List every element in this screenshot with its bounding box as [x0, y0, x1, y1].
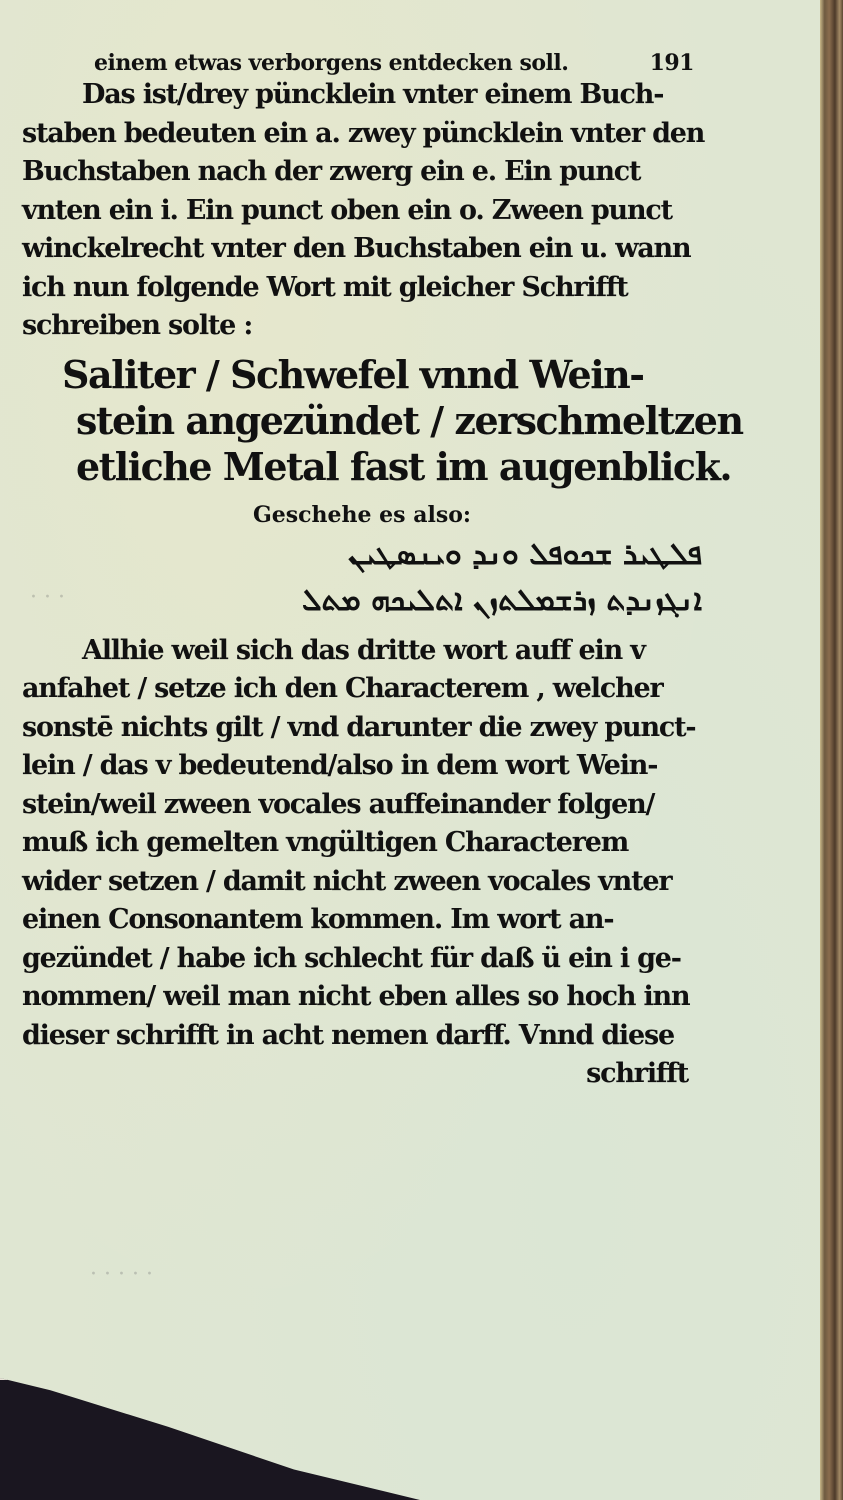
page-text-block: einem etwas verborgens entdecken soll. 1…: [22, 50, 702, 1094]
cipher-caption: Geschehe es also:: [22, 502, 702, 528]
text-line: vnten ein i. Ein punct oben ein o. Zween…: [22, 192, 702, 231]
example-line: etliche Metal fast im augenblick.: [62, 444, 702, 490]
text-line: wider setzen / damit nicht zween vocales…: [22, 863, 702, 902]
text-line: einen Consonantem kommen. Im wort an-: [22, 901, 702, 940]
example-line: stein angezündet / zerschmeltzen: [62, 398, 702, 444]
page-number: 191: [650, 50, 702, 76]
text-line: Das ist/drey püncklein vnter einem Buch-: [22, 76, 702, 115]
text-line: gezündet / habe ich schlecht für daß ü e…: [22, 940, 702, 979]
text-line: sonstē nichts gilt / vnd darunter die zw…: [22, 709, 702, 748]
cipher-text: ܦܠܛܝܪ ܫܟܘܦܠ ܘܢܕ ܘܝܢܣܛܝܢ ܐܢܓܙܢܕܬ ܙܪܫܡܠܬܙܢ…: [22, 532, 702, 624]
book-page: · · · · · · · · einem etwas verborgens e…: [0, 0, 820, 1500]
show-through-text: · · · · ·: [90, 1262, 153, 1287]
catchword: schrifft: [22, 1055, 702, 1094]
text-line: ich nun folgende Wort mit gleicher Schri…: [22, 269, 702, 308]
text-line: nommen/ weil man nicht eben alles so hoc…: [22, 978, 702, 1017]
text-line: muß ich gemelten vngültigen Characterem: [22, 824, 702, 863]
page-curl-shadow: [0, 1378, 420, 1500]
text-line: winckelrecht vnter den Buchstaben ein u.…: [22, 230, 702, 269]
cipher-line: ܐܢܓܙܢܕܬ ܙܪܫܡܠܬܙܢ ܐܬܠܝܟܗ ܡܬܠ: [22, 578, 702, 624]
paragraph-2: Allhie weil sich das dritte wort auff ei…: [22, 632, 702, 1094]
text-line: dieser schrifft in acht nemen darff. Vnn…: [22, 1017, 702, 1056]
text-line: staben bedeuten ein a. zwey püncklein vn…: [22, 115, 702, 154]
example-line: Saliter / Schwefel vnnd Wein-: [62, 352, 702, 398]
running-head-title: einem etwas verborgens entdecken soll.: [94, 50, 568, 76]
text-line: schreiben solte :: [22, 307, 702, 346]
text-line: Buchstaben nach der zwerg ein e. Ein pun…: [22, 153, 702, 192]
cipher-line: ܦܠܛܝܪ ܫܟܘܦܠ ܘܢܕ ܘܝܢܣܛܝܢ: [22, 532, 702, 578]
text-line: anfahet / setze ich den Characterem , we…: [22, 670, 702, 709]
running-head: einem etwas verborgens entdecken soll. 1…: [22, 50, 702, 76]
example-sentence: Saliter / Schwefel vnnd Wein- stein ange…: [22, 352, 702, 490]
book-edge: [820, 0, 843, 1500]
text-line: Allhie weil sich das dritte wort auff ei…: [22, 632, 702, 671]
paragraph-1: Das ist/drey püncklein vnter einem Buch-…: [22, 76, 702, 346]
text-line: lein / das v bedeutend/also in dem wort …: [22, 747, 702, 786]
text-line: stein/weil zween vocales auffeinander fo…: [22, 786, 702, 825]
